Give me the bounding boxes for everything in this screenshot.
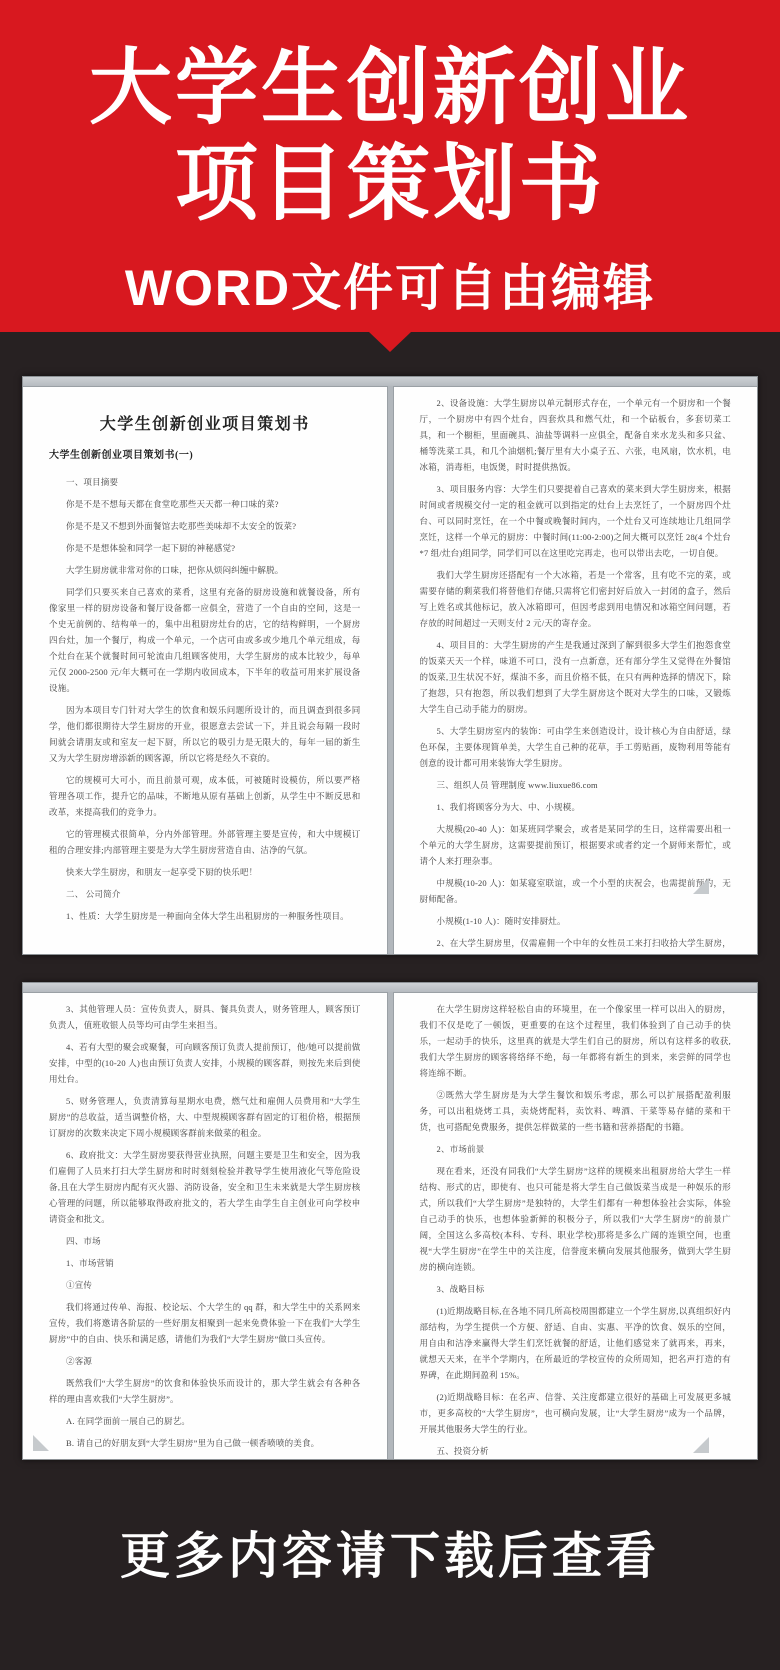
page-divider xyxy=(387,386,394,954)
paragraph: 你是不是想体验和同学一起下厨的神秘感觉? xyxy=(49,540,361,556)
paragraph: 1、性质：大学生厨房是一种面向全体大学生出租厨房的一种服务性项目。 xyxy=(49,908,361,924)
paragraph: 大学生厨房就非常对你的口味，把你从烦闷纠缠中解脱。 xyxy=(49,562,361,578)
page-body: 在大学生厨房这样轻松自由的环境里，在一个像家里一样可以出入的厨房，我们不仅是吃了… xyxy=(420,1001,732,1459)
document-page-4: 在大学生厨房这样轻松自由的环境里，在一个像家里一样可以出入的厨房，我们不仅是吃了… xyxy=(394,992,758,1459)
paragraph: A. 在同学面前一展自己的厨艺。 xyxy=(49,1413,361,1429)
page-curl-icon[interactable] xyxy=(693,1437,709,1453)
paragraph: ②客源 xyxy=(49,1353,361,1369)
paragraph: 现在看来，还没有同我们“大学生厨房”这样的规模来出租厨房给大学生一样结构、形式的… xyxy=(420,1163,732,1275)
document-page-2: 2、设备设施：大学生厨房以单元制形式存在，一个单元有一个厨房和一个餐厅，一个厨房… xyxy=(394,386,758,954)
paragraph: 它的管理模式很简单，分内外部管理。外部管理主要是宣传，和大中规模订租的合理安排;… xyxy=(49,826,361,858)
paragraph: C. 某两、三个男女寝室在这里可以搞个厨艺联谊，不会做菜的顺便学学。 xyxy=(49,1457,361,1459)
paragraph: 你是不是又不想到外面餐馆去吃那些美味却不太安全的饭菜? xyxy=(49,518,361,534)
sheet-top-edge xyxy=(23,377,757,386)
paragraph: 3、其他管理人员：宣传负责人，厨具、餐具负责人，财务管理人，顾客预订负责人，值班… xyxy=(49,1001,361,1033)
paragraph: 在大学生厨房这样轻松自由的环境里，在一个像家里一样可以出入的厨房，我们不仅是吃了… xyxy=(420,1001,732,1081)
paragraph: 一、项目摘要 xyxy=(49,474,361,490)
paragraph: (2)近期战略目标：在名声、信誉、关注度都建立很好的基础上可发展更多城市，更多高… xyxy=(420,1389,732,1437)
paragraph: 四、市场 xyxy=(49,1233,361,1249)
document-spread-1: 大学生创新创业项目策划书 大学生创新创业项目策划书(一)一、项目摘要你是不是不想… xyxy=(22,376,758,955)
page-curl-icon[interactable] xyxy=(693,878,709,894)
banner-subtitle: WORD文件可自由编辑 xyxy=(0,258,780,318)
page-divider xyxy=(387,992,394,1459)
paragraph: 快来大学生厨房，和朋友一起享受下厨的快乐吧！ xyxy=(49,864,361,880)
paragraph: 你是不是不想每天都在食堂吃那些天天都一种口味的菜? xyxy=(49,496,361,512)
page-body: 3、其他管理人员：宣传负责人，厨具、餐具负责人，财务管理人，顾客预订负责人，值班… xyxy=(49,1001,361,1459)
paragraph: 5、大学生厨房室内的装饰：可由学生来创造设计，设计核心为自由舒适，绿色环保，主要… xyxy=(420,723,732,771)
paragraph: 1、我们将顾客分为大、中、小规模。 xyxy=(420,799,732,815)
paragraph: 2、设备设施：大学生厨房以单元制形式存在，一个单元有一个厨房和一个餐厅，一个厨房… xyxy=(420,395,732,475)
paragraph: 我们大学生厨房还搭配有一个大冰箱，若是一个常客，且有吃不完的菜，或需要存储的剩菜… xyxy=(420,567,732,631)
paragraph: ②既然大学生厨房是为大学生餐饮和娱乐考虑，那么可以扩展搭配盈利服务，可以出租烧烤… xyxy=(420,1087,732,1135)
paragraph: 2、市场前景 xyxy=(420,1141,732,1157)
product-poster: 大学生创新创业 项目策划书 WORD文件可自由编辑 大学生创新创业项目策划书 大… xyxy=(0,0,780,1670)
paragraph: 二、 公司简介 xyxy=(49,886,361,902)
paragraph: 三、组织人员 管理制度 www.liuxue86.com xyxy=(420,777,732,793)
paragraph: 5、财务管理人，负责清算每星期水电费，燃气灶和雇佣人员费用和“大学生厨房”的总收… xyxy=(49,1093,361,1141)
paragraph: 既然我们“大学生厨房”的饮食和体验快乐而设计的，那大学生就会有各种各样的理由喜欢… xyxy=(49,1375,361,1407)
paragraph: 3、项目服务内容：大学生们只要提着自己喜欢的菜来到大学生厨房来，根据时间或者规模… xyxy=(420,481,732,561)
document-page-1: 大学生创新创业项目策划书 大学生创新创业项目策划书(一)一、项目摘要你是不是不想… xyxy=(23,386,387,954)
promo-banner: 大学生创新创业 项目策划书 WORD文件可自由编辑 xyxy=(0,0,780,332)
paragraph: 3、战略目标 xyxy=(420,1281,732,1297)
paragraph: 同学们只要买来自己喜欢的菜肴，这里有充备的厨房设施和就餐设备，所有像家里一样的厨… xyxy=(49,584,361,696)
banner-title-line1: 大学生创新创业 xyxy=(0,0,780,136)
sheet-top-edge xyxy=(23,983,757,992)
paragraph: 6、政府批文：大学生厨房要获得营业执照，问题主要是卫生和安全，因为我们雇佣了人员… xyxy=(49,1147,361,1227)
paragraph: 我们将通过传单、海报、校论坛、个大学生的 qq 群，和大学生中的关系网来宣传，我… xyxy=(49,1299,361,1347)
footer-note: 更多内容请下载后查看 xyxy=(120,1516,660,1614)
document-spread-2: 3、其他管理人员：宣传负责人，厨具、餐具负责人，财务管理人，顾客预订负责人，值班… xyxy=(22,982,758,1460)
footer-banner: 更多内容请下载后查看 xyxy=(0,1460,780,1670)
down-triangle-icon xyxy=(369,332,411,352)
document-page-3: 3、其他管理人员：宣传负责人，厨具、餐具负责人，财务管理人，顾客预订负责人，值班… xyxy=(23,992,387,1459)
page-title: 大学生创新创业项目策划书 xyxy=(49,411,361,434)
paragraph: 五、投资分析 xyxy=(420,1443,732,1459)
paragraph: 大学生创新创业项目策划书(一) xyxy=(49,448,361,464)
banner-title-line2: 项目策划书 xyxy=(0,136,780,232)
paragraph: 它的规模可大可小，而且前景可观，成本低，可被随时设模仿，所以要严格管理各项工作，… xyxy=(49,772,361,820)
paragraph: 1、市场营销 xyxy=(49,1255,361,1271)
paragraph: 大规模(20-40 人)：如某班同学聚会，或者是某同学的生日，这样需要出租一个单… xyxy=(420,821,732,869)
paragraph: 2、在大学生厨房里，仅需雇佣一个中年的女性员工来打扫收拾大学生厨房，并且在大学生… xyxy=(420,935,732,954)
paragraph: (1)近期战略目标,在各地不同几所高校周围都建立一个学生厨房,以真组织好内部结构… xyxy=(420,1303,732,1383)
paragraph: ①宣传 xyxy=(49,1277,361,1293)
paragraph: 4、项目目的：大学生厨房的产生是我通过深到了解到很多大学生们抱怨食堂的饭菜天天一… xyxy=(420,637,732,717)
paragraph: 中规模(10-20 人)：如某寝室联谊，或一个小型的庆祝会，也需提前预约，无厨师… xyxy=(420,875,732,907)
page-body: 大学生创新创业项目策划书(一)一、项目摘要你是不是不想每天都在食堂吃那些天天都一… xyxy=(49,448,361,924)
paragraph: 小规模(1-10 人)：随时安排厨灶。 xyxy=(420,913,732,929)
page-curl-icon[interactable] xyxy=(33,1435,49,1451)
paragraph: 4、若有大型的聚会或聚餐，可向顾客预订负责人提前预订，他/她可以提前做安排，中型… xyxy=(49,1039,361,1087)
paragraph: 因为本项目专门针对大学生的饮食和娱乐问题所设计的，而且调查到很多同学，他们都很期… xyxy=(49,702,361,766)
page-body: 2、设备设施：大学生厨房以单元制形式存在，一个单元有一个厨房和一个餐厅，一个厨房… xyxy=(420,395,732,954)
paragraph: B. 请自己的好朋友到“大学生厨房”里为自己做一顿香喷喷的美食。 xyxy=(49,1435,361,1451)
